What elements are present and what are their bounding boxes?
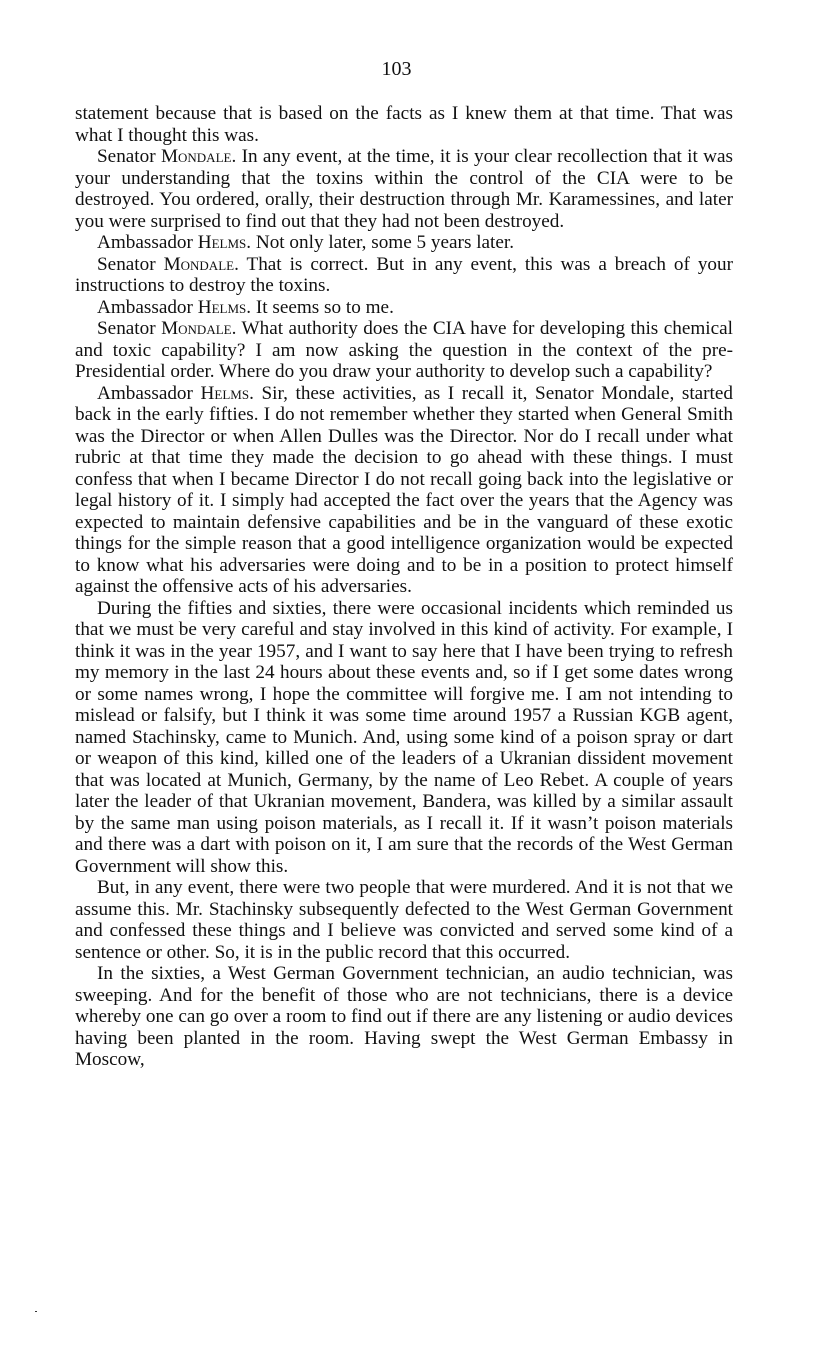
paragraph-text: . Sir, these activities, as I recall it,… — [75, 383, 733, 598]
paragraph-helms-3: Ambassador Helms. Sir, these activities,… — [75, 383, 733, 598]
paragraph-text: In the sixties, a West German Government… — [75, 963, 733, 1070]
paragraph-text: During the fifties and sixties, there we… — [75, 598, 733, 877]
speaker-name: Helms — [198, 232, 247, 253]
paragraph-text: statement because that is based on the f… — [75, 103, 733, 146]
speaker-name: Mondale — [164, 254, 235, 275]
paragraph-mondale-1: Senator Mondale. In any event, at the ti… — [75, 146, 733, 232]
speaker-title: Senator — [97, 254, 164, 275]
paragraph-helms-1: Ambassador Helms. Not only later, some 5… — [75, 232, 733, 254]
speaker-title: Ambassador — [97, 383, 201, 404]
paragraph-text: But, in any event, there were two people… — [75, 877, 733, 963]
paragraph-murders: But, in any event, there were two people… — [75, 877, 733, 963]
page-number: 103 — [0, 58, 793, 81]
paragraph-fifties-sixties: During the fifties and sixties, there we… — [75, 598, 733, 878]
scan-speck-mark — [35, 1311, 37, 1312]
speaker-name: Helms — [198, 297, 247, 318]
speaker-title: Senator — [97, 318, 161, 339]
speaker-title: Ambassador — [97, 297, 198, 318]
paragraph-helms-2: Ambassador Helms. It seems so to me. — [75, 297, 733, 319]
speaker-title: Senator — [97, 146, 161, 167]
speaker-name: Helms — [201, 383, 250, 404]
paragraph-audio-technician: In the sixties, a West German Government… — [75, 963, 733, 1071]
paragraph-text: . It seems so to me. — [246, 297, 394, 318]
paragraph-mondale-3: Senator Mondale. What authority does the… — [75, 318, 733, 383]
paragraph-continuation: statement because that is based on the f… — [75, 103, 733, 146]
speaker-name: Mondale — [161, 318, 232, 339]
speaker-title: Ambassador — [97, 232, 198, 253]
paragraph-text: . Not only later, some 5 years later. — [246, 232, 514, 253]
speaker-name: Mondale — [161, 146, 232, 167]
hearing-transcript: statement because that is based on the f… — [75, 103, 733, 1071]
paragraph-mondale-2: Senator Mondale. That is correct. But in… — [75, 254, 733, 297]
